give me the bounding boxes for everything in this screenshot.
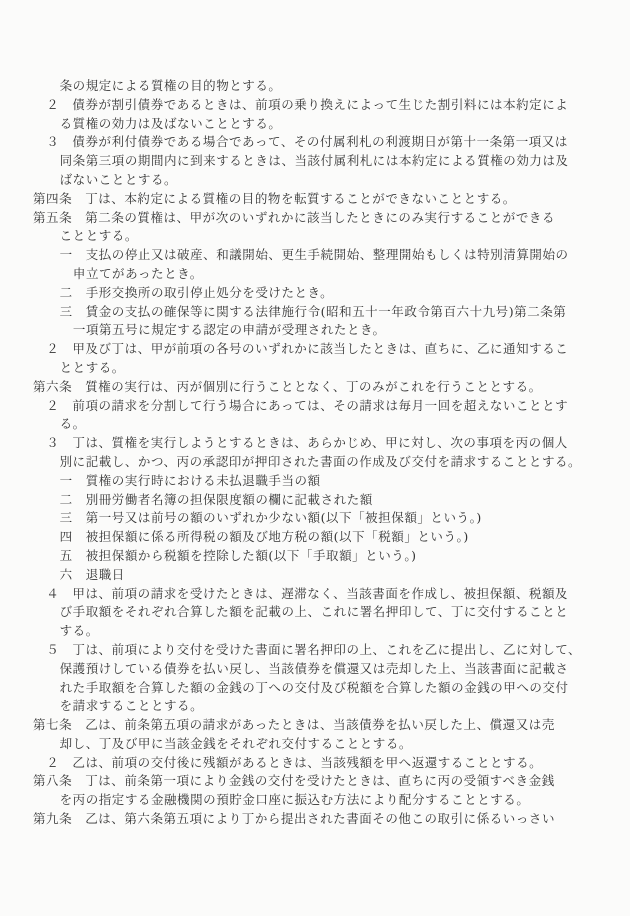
document-line: 一 質権の実行時における未払退職手当の額 — [33, 472, 608, 491]
document-line: 第七条 乙は、前条第五項の請求があったときは、当該債券を払い戻した上、償還又は売 — [33, 716, 608, 735]
document-line: ２ 前項の請求を分割して行う場合にあっては、その請求は毎月一回を超えないこととす — [33, 397, 608, 416]
document-line: 一項第五号に規定する認定の申請が受理されたとき。 — [33, 321, 608, 340]
document-line: を請求することとする。 — [33, 697, 608, 716]
document-line: 条の規定による質権の目的物とする。 — [33, 77, 608, 96]
scanned-document-page: 条の規定による質権の目的物とする。２ 債券が割引債券であるときは、前項の乗り換え… — [0, 0, 630, 916]
document-line: 別に記載し、かつ、丙の承認印が押印された書面の作成及び交付を請求することとする。 — [33, 453, 608, 472]
document-line: 同条第三項の期間内に到来するときは、当該付属利札には本約定による質権の効力は及 — [33, 152, 608, 171]
document-line: 三 第一号又は前号の額のいずれか少ない額(以下「被担保額」という。) — [33, 509, 608, 528]
document-line: 第五条 第二条の質権は、甲が次のいずれかに該当したときにのみ実行することができる — [33, 209, 608, 228]
document-line: 申立てがあったとき。 — [33, 265, 608, 284]
document-line: 保護預けしている債券を払い戻し、当該債券を償還又は売却した上、当該書面に記載さ — [33, 660, 608, 679]
document-line: 第六条 質権の実行は、丙が個別に行うこととなく、丁のみがこれを行うこととする。 — [33, 378, 608, 397]
document-line: る質権の効力は及ばないこととする。 — [33, 115, 608, 134]
document-line: ２ 甲及び丁は、甲が前項の各号のいずれかに該当したときは、直ちに、乙に通知するこ — [33, 340, 608, 359]
document-line: 六 退職日 — [33, 566, 608, 585]
document-line: 三 賃金の支払の確保等に関する法律施行令(昭和五十一年政令第百六十九号)第二条第 — [33, 303, 608, 322]
document-line: び手取額をそれぞれ合算した額を記載の上、これに署名押印して、丁に交付することと — [33, 603, 608, 622]
document-line: ３ 債券が利付債券である場合であって、その付属利札の利渡期日が第十一条第一項又は — [33, 133, 608, 152]
document-line: 却し、丁及び甲に当該金銭をそれぞれ交付することとする。 — [33, 735, 608, 754]
document-line: 第八条 丁は、前条第一項により金銭の交付を受けたときは、直ちに丙の受領すべき金銭 — [33, 772, 608, 791]
document-line: れた手取額を合算した額の金銭の丁への交付及び税額を合算した額の金銭の甲への交付 — [33, 679, 608, 698]
document-line: 第九条 乙は、第六条第五項により丁から提出された書面その他この取引に係るいっさい — [33, 810, 608, 829]
document-line: ばないこととする。 — [33, 171, 608, 190]
document-line: 五 被担保額から税額を控除した額(以下「手取額」という。) — [33, 547, 608, 566]
document-line: ２ 債券が割引債券であるときは、前項の乗り換えによって生じた割引料には本約定によ — [33, 96, 608, 115]
document-line: ５ 丁は、前項により交付を受けた書面に署名押印の上、これを乙に提出し、乙に対して… — [33, 641, 608, 660]
document-line: を丙の指定する金融機関の預貯金口座に振込む方法により配分することとする。 — [33, 791, 608, 810]
contract-text-block: 条の規定による質権の目的物とする。２ 債券が割引債券であるときは、前項の乗り換え… — [33, 77, 608, 829]
document-line: 二 手形交換所の取引停止処分を受けたとき。 — [33, 284, 608, 303]
document-line: る。 — [33, 415, 608, 434]
document-line: こととする。 — [33, 227, 608, 246]
document-line: ４ 甲は、前項の請求を受けたときは、遅滞なく、当該書面を作成し、被担保額、税額及 — [33, 585, 608, 604]
document-line: 一 支払の停止又は破産、和議開始、更生手続開始、整理開始もしくは特別清算開始の — [33, 246, 608, 265]
document-lines: 条の規定による質権の目的物とする。２ 債券が割引債券であるときは、前項の乗り換え… — [33, 77, 608, 829]
document-line: 二 別冊労働者名簿の担保限度額の欄に記載された額 — [33, 491, 608, 510]
document-line: 四 被担保額に係る所得税の額及び地方税の額(以下「税額」という。) — [33, 528, 608, 547]
document-line: ２ 乙は、前項の交付後に残額があるときは、当該残額を甲へ返還することとする。 — [33, 754, 608, 773]
document-line: 第四条 丁は、本約定による質権の目的物を転質することができないこととする。 — [33, 190, 608, 209]
document-line: する。 — [33, 622, 608, 641]
document-line: ３ 丁は、質権を実行しようとするときは、あらかじめ、甲に対し、次の事項を丙の個人 — [33, 434, 608, 453]
document-line: ととする。 — [33, 359, 608, 378]
